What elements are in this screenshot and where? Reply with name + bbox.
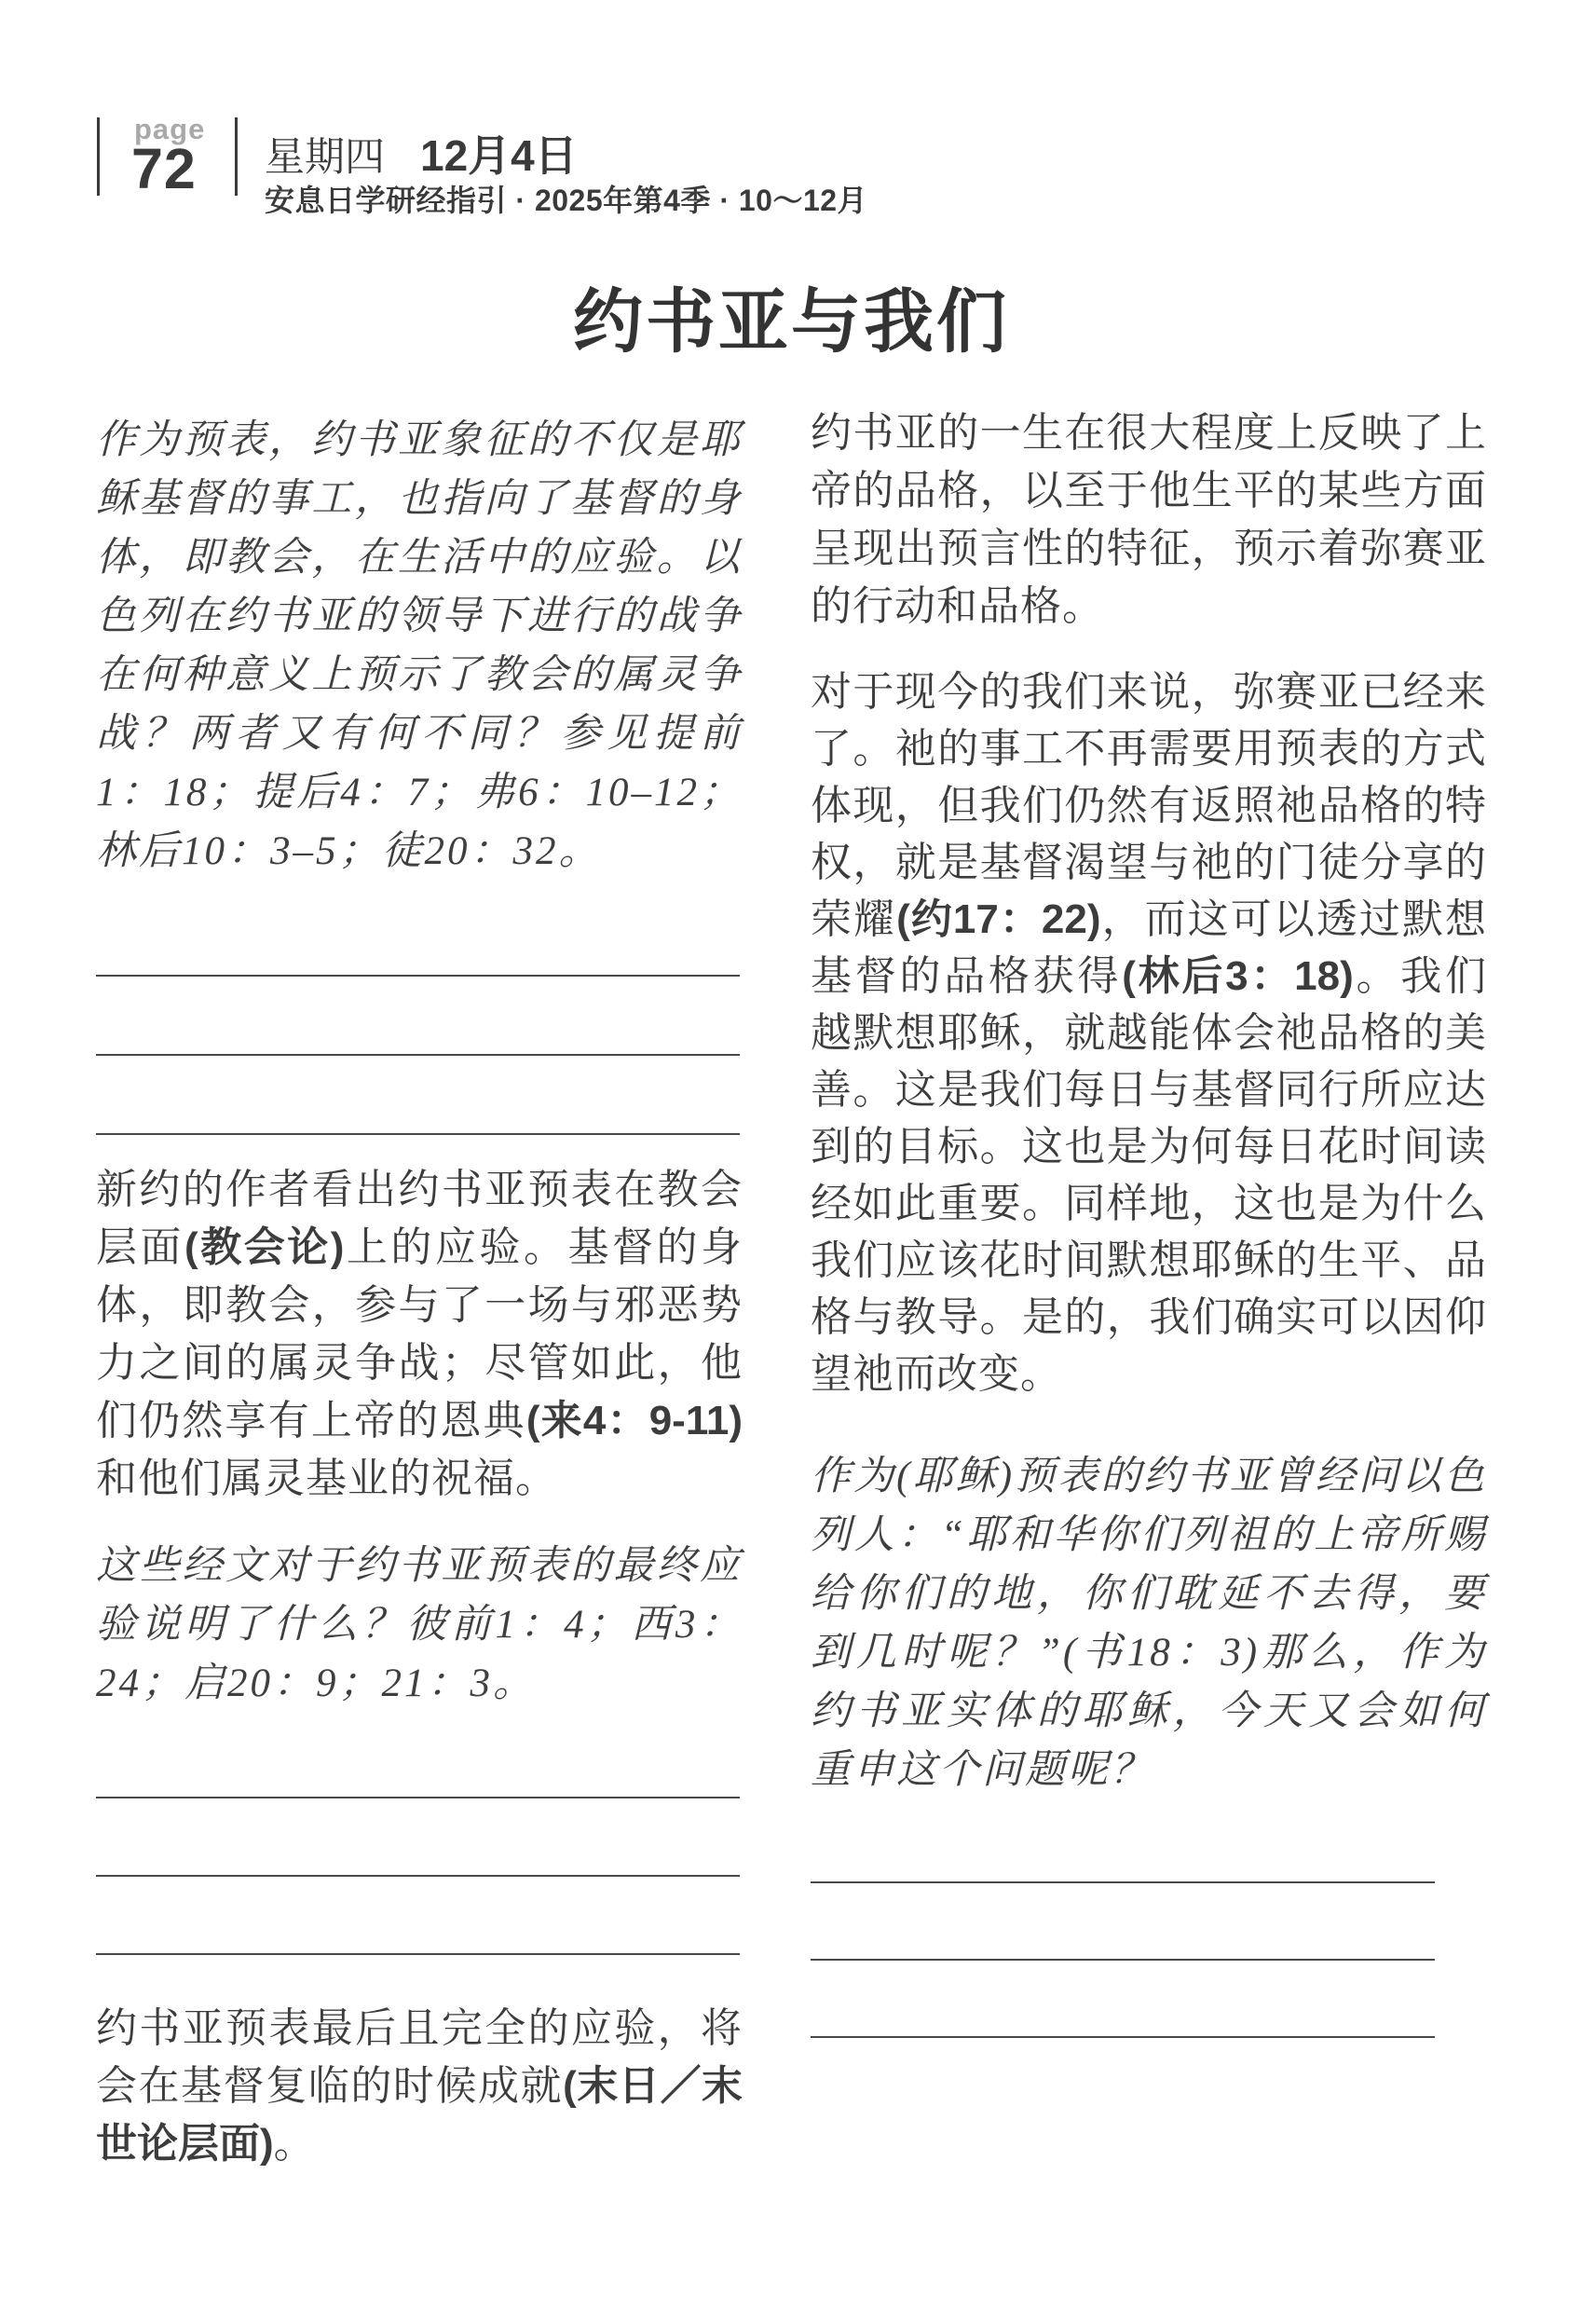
scripture-ref: (约17：22): [896, 896, 1100, 942]
scripture-ref: (林后3：18): [1122, 953, 1353, 999]
commentary-paragraph-3: 约书亚的一生在很大程度上反映了上帝的品格，以至于他生平的某些方面呈现出预言性的特…: [811, 404, 1487, 636]
study-question-3: 作为(耶稣)预表的约书亚曾经问以色列人：“耶和华你们列祖的上帝所赐给你们的地，你…: [811, 1447, 1487, 1799]
commentary-text: 。: [274, 2121, 316, 2167]
answer-line: [96, 1797, 740, 1798]
commentary-text: 。我们越默想耶稣，就越能体会祂品格的美善。这是我们每日与基督同行所应达到的目标。…: [811, 953, 1487, 1397]
scripture-ref: (教会论): [184, 1224, 344, 1270]
answer-line: [96, 1133, 740, 1135]
study-question-1: 作为预表，约书亚象征的不仅是耶稣基督的事工，也指向了基督的身体，即教会，在生活中…: [96, 411, 743, 881]
answer-line: [96, 1875, 740, 1877]
scripture-ref: (来4：9-11): [526, 1398, 743, 1443]
left-column: 作为预表，约书亚象征的不仅是耶稣基督的事工，也指向了基督的身体，即教会，在生活中…: [96, 0, 743, 2311]
answer-line: [811, 1959, 1435, 1961]
commentary-paragraph-2: 约书亚预表最后且完全的应验，将会在基督复临的时候成就(末日／末世论层面)。: [96, 2000, 743, 2173]
commentary-paragraph-1: 新约的作者看出约书亚预表在教会层面(教会论)上的应验。基督的身体，即教会，参与了…: [96, 1161, 743, 1508]
right-column: 约书亚的一生在很大程度上反映了上帝的品格，以至于他生平的某些方面呈现出预言性的特…: [811, 0, 1487, 2311]
answer-line: [811, 1881, 1435, 1883]
answer-line: [96, 1054, 740, 1056]
page: page 72 星期四12月4日 安息日学研经指引 · 2025年第4季 · 1…: [0, 0, 1596, 2311]
answer-line: [96, 1953, 740, 1955]
commentary-paragraph-4: 对于现今的我们来说，弥赛亚已经来了。祂的事工不再需要用预表的方式体现，但我们仍然…: [811, 663, 1487, 1402]
answer-line: [96, 975, 740, 977]
answer-line: [811, 2036, 1435, 2038]
commentary-text: 和他们属灵基业的祝福。: [96, 1456, 557, 1501]
study-question-2: 这些经文对于约书亚预表的最终应验说明了什么？彼前1：4；西3：24；启20：9；…: [96, 1537, 743, 1713]
